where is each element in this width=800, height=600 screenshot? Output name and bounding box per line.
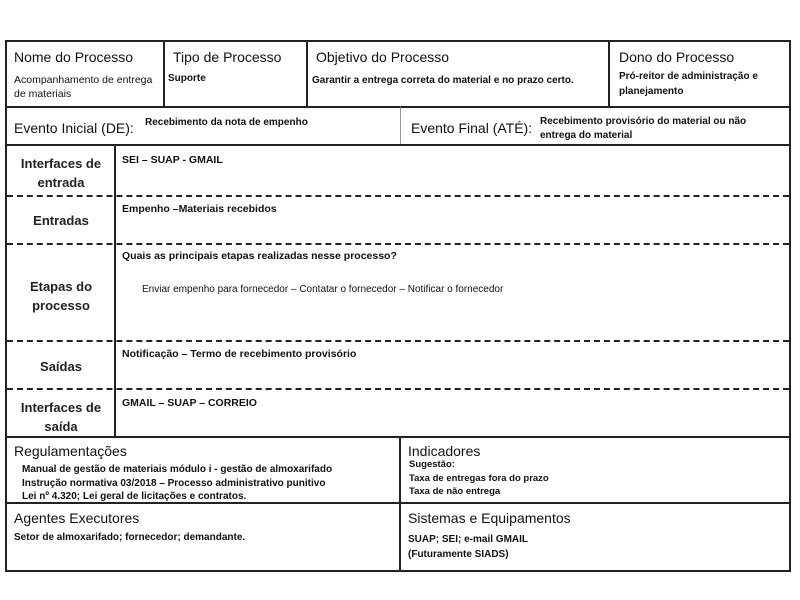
- sistemas-item: SUAP; SEI; e-mail GMAIL: [408, 534, 528, 545]
- indicadores-item: Taxa de entregas fora do prazo: [409, 473, 549, 484]
- indicadores-cell: Indicadores Sugestão: Taxa de entregas f…: [399, 436, 791, 504]
- evento-inicial-label: Evento Inicial (DE):: [14, 120, 134, 136]
- indicadores-title: Indicadores: [408, 443, 480, 459]
- nome-value: Acompanhamento de entrega de materiais: [14, 73, 164, 101]
- entradas-value: Empenho –Materiais recebidos: [122, 203, 277, 215]
- interfaces-entrada-label: Interfaces de entrada: [7, 154, 115, 192]
- interfaces-saida-value: GMAIL – SUAP – CORREIO: [122, 397, 257, 409]
- dono-value: Pró-reitor de administração e planejamen…: [619, 69, 789, 99]
- evento-final-value: Recebimento provisório do material ou nã…: [540, 115, 780, 143]
- etapas-label: Etapas do processo: [7, 277, 115, 315]
- header-objetivo-cell: Objetivo do Processo Garantir a entrega …: [306, 40, 610, 108]
- row-divider: [7, 340, 789, 342]
- sistemas-title: Sistemas e Equipamentos: [408, 510, 571, 526]
- sistemas-cell: Sistemas e Equipamentos SUAP; SEI; e-mai…: [399, 502, 791, 572]
- process-rows: Interfaces de entrada SEI – SUAP - GMAIL…: [5, 144, 791, 438]
- etapas-value: Enviar empenho para fornecedor – Contata…: [142, 284, 503, 295]
- regulamentacoes-item: Manual de gestão de materiais módulo i -…: [22, 464, 332, 475]
- agentes-cell: Agentes Executores Setor de almoxarifado…: [5, 502, 401, 572]
- tipo-value: Suporte: [168, 73, 206, 84]
- objetivo-title: Objetivo do Processo: [316, 49, 449, 65]
- evento-inicial-cell: Evento Inicial (DE): Recebimento da nota…: [5, 106, 402, 146]
- agentes-title: Agentes Executores: [14, 510, 139, 526]
- regulamentacoes-item: Lei nº 4.320; Lei geral de licitações e …: [22, 491, 246, 502]
- entradas-label: Entradas: [7, 211, 115, 230]
- saidas-value: Notificação – Termo de recebimento provi…: [122, 348, 356, 360]
- regulamentacoes-cell: Regulamentações Manual de gestão de mate…: [5, 436, 401, 504]
- header-dono-cell: Dono do Processo Pró-reitor de administr…: [608, 40, 791, 108]
- interfaces-saida-label: Interfaces de saída: [7, 398, 115, 436]
- indicadores-item: Taxa de não entrega: [409, 486, 500, 497]
- sistemas-item: (Futuramente SIADS): [408, 549, 509, 560]
- etapas-question: Quais as principais etapas realizadas ne…: [122, 250, 397, 262]
- regulamentacoes-item: Instrução normativa 03/2018 – Processo a…: [22, 478, 325, 489]
- row-divider: [7, 388, 789, 390]
- saidas-label: Saídas: [7, 357, 115, 376]
- regulamentacoes-title: Regulamentações: [14, 443, 127, 459]
- evento-final-label: Evento Final (ATÉ):: [411, 120, 532, 136]
- interfaces-entrada-value: SEI – SUAP - GMAIL: [122, 154, 223, 166]
- row-divider: [7, 243, 789, 245]
- objetivo-value: Garantir a entrega correta do material e…: [312, 75, 574, 86]
- indicadores-item: Sugestão:: [409, 459, 455, 470]
- evento-inicial-value: Recebimento da nota de empenho: [145, 117, 308, 128]
- header-nome-cell: Nome do Processo Acompanhamento de entre…: [5, 40, 165, 108]
- row-divider: [7, 195, 789, 197]
- dono-title: Dono do Processo: [619, 49, 734, 65]
- header-tipo-cell: Tipo de Processo Suporte: [163, 40, 308, 108]
- evento-final-cell: Evento Final (ATÉ): Recebimento provisór…: [400, 106, 791, 146]
- tipo-title: Tipo de Processo: [173, 49, 281, 65]
- nome-title: Nome do Processo: [14, 49, 133, 65]
- agentes-value: Setor de almoxarifado; fornecedor; deman…: [14, 532, 245, 543]
